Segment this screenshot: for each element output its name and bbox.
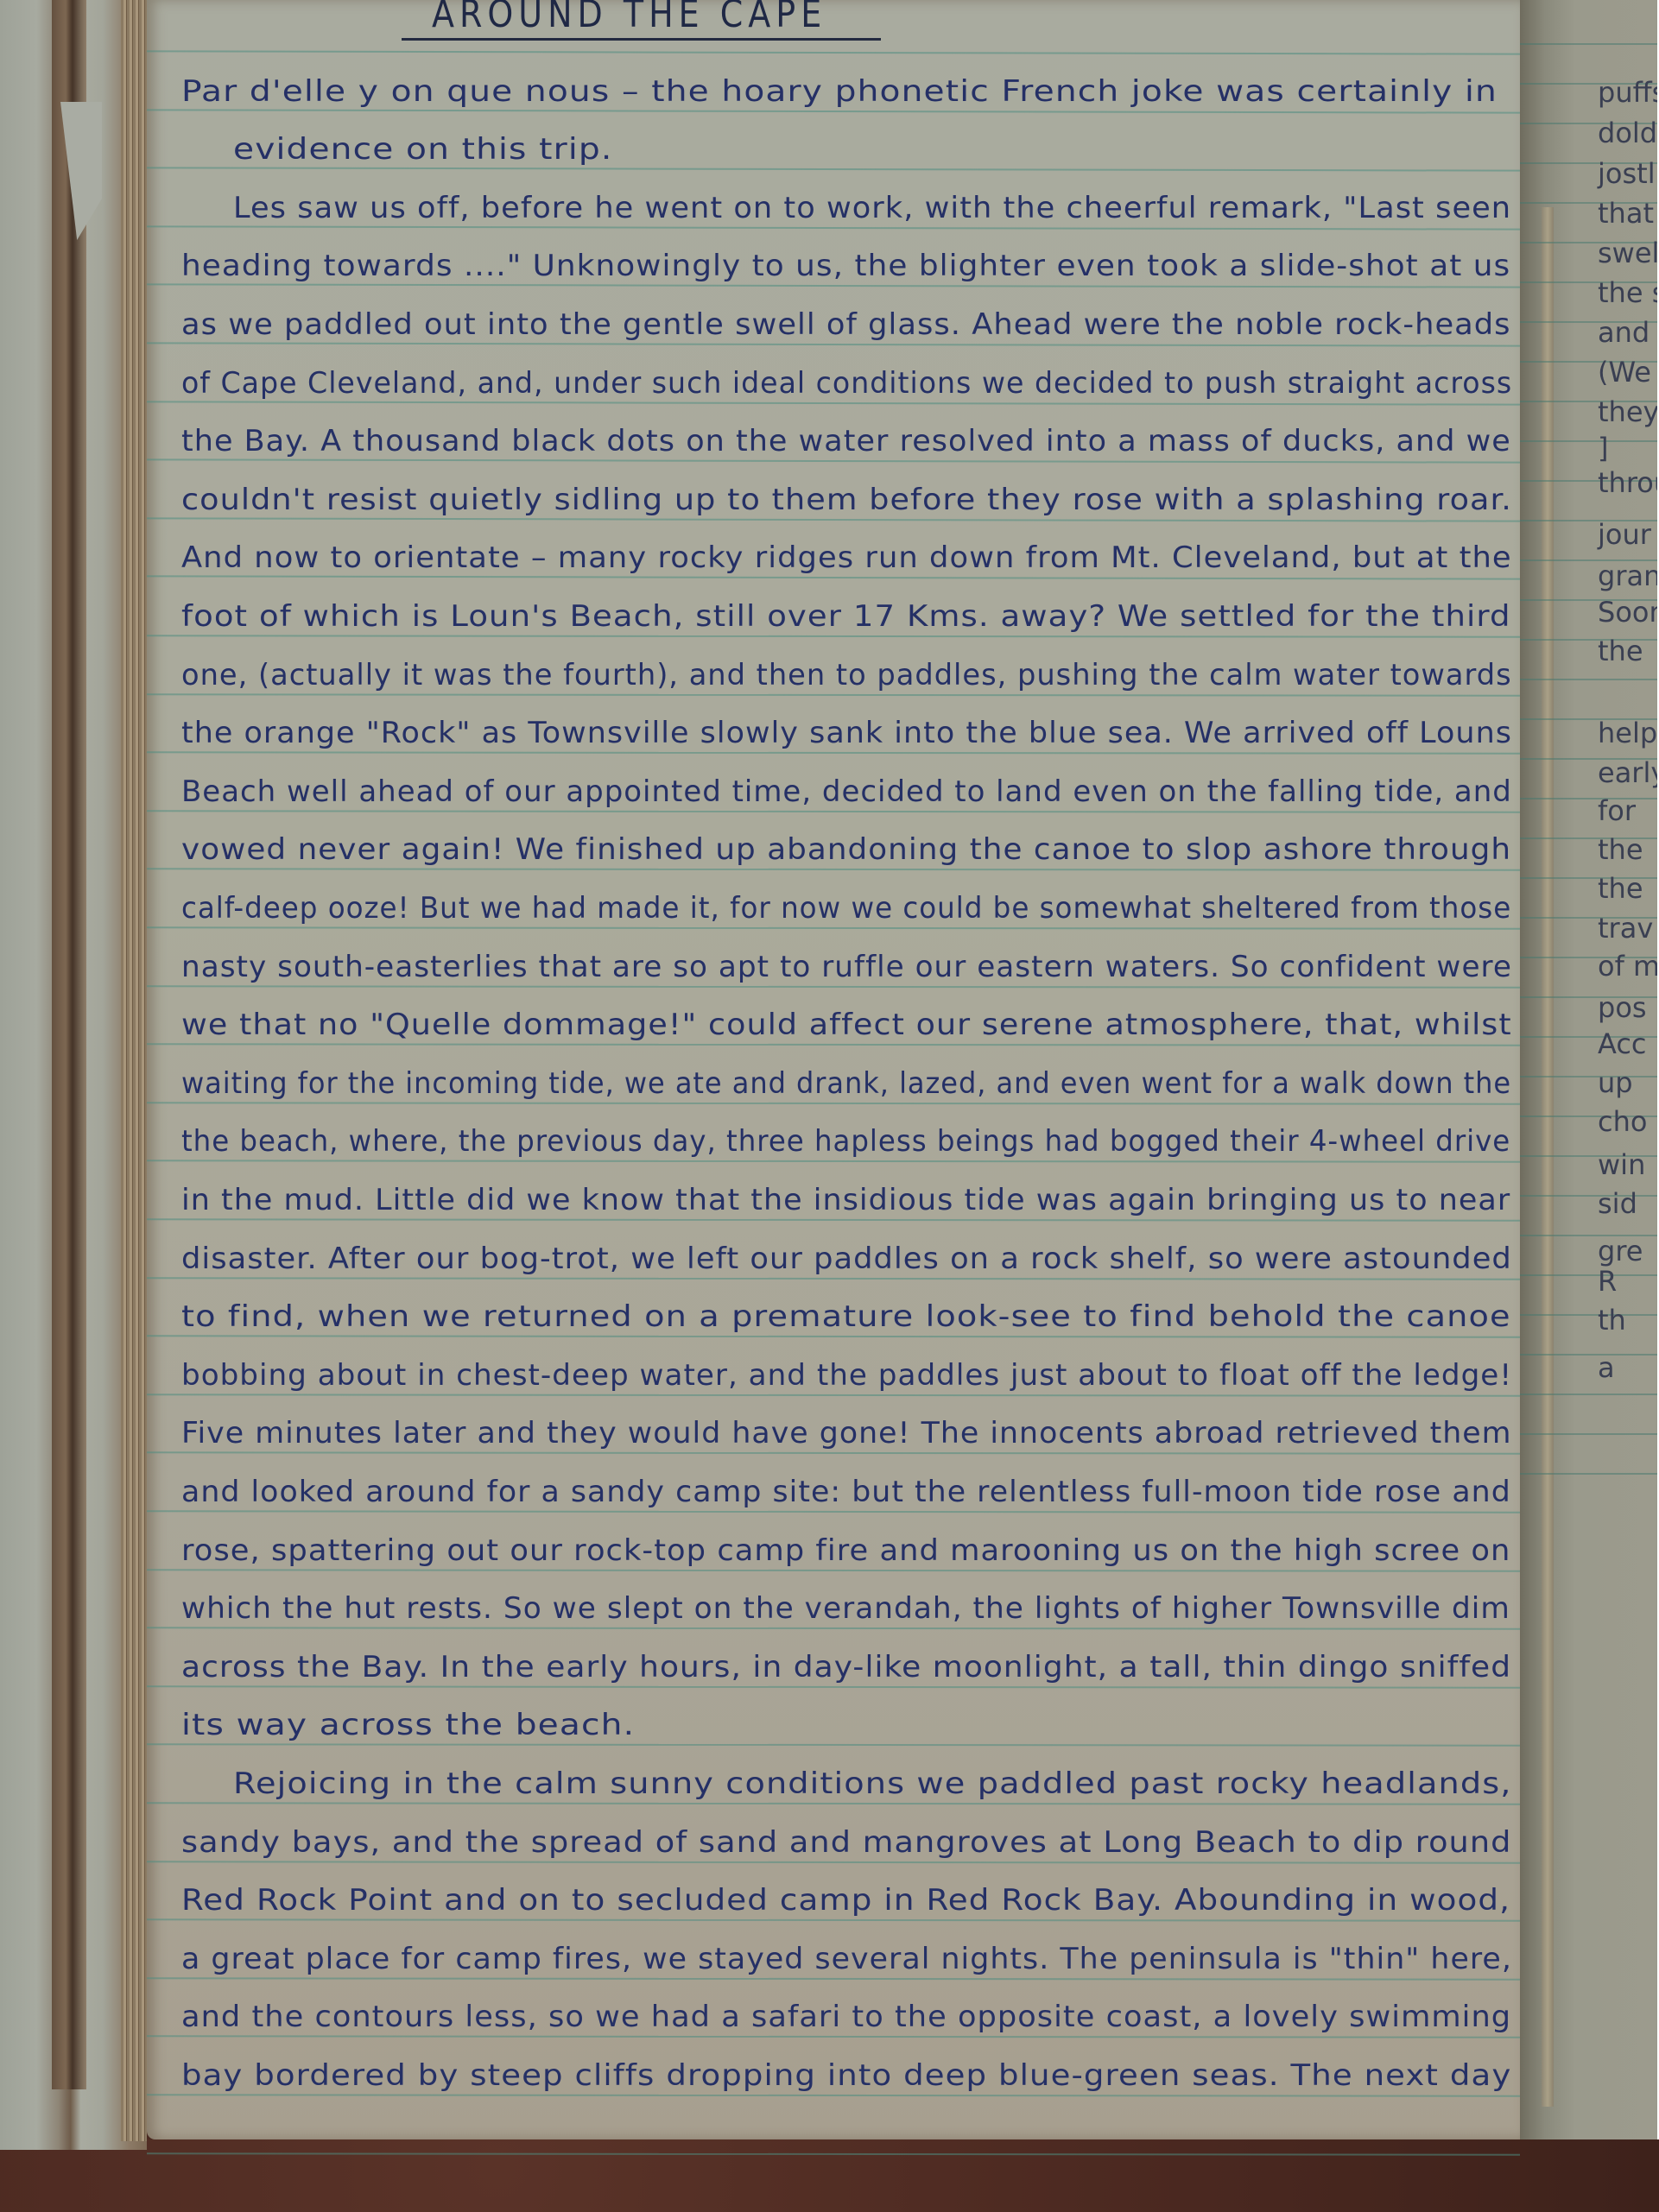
facing-page-fragment: and "s xyxy=(1598,316,1659,349)
ruled-line xyxy=(147,1160,1520,1162)
facing-page-fragment: R xyxy=(1598,1265,1617,1298)
notebook-page: AROUND THE CAPE Par d'elle y on que nous… xyxy=(147,0,1520,2139)
ruled-line xyxy=(147,985,1520,988)
ruled-line xyxy=(1520,679,1659,680)
ruled-line xyxy=(147,1861,1520,1863)
ruled-line xyxy=(1520,1195,1659,1197)
handwritten-line: one, (actually it was the fourth), and t… xyxy=(181,658,1512,692)
handwritten-line: Five minutes later and they would have g… xyxy=(181,1416,1512,1450)
facing-page-strip: puffsdoldrujostlthatswellthe shand "s(We… xyxy=(1520,0,1659,2139)
ruled-line xyxy=(147,693,1520,696)
handwritten-line: across the Bay. In the early hours, in d… xyxy=(181,1650,1511,1684)
facing-page-fragment: the sh xyxy=(1598,276,1659,309)
handwritten-line: and the contours less, so we had a safar… xyxy=(181,2000,1511,2034)
ruled-line xyxy=(147,1802,1520,1804)
facing-page-fragment: doldru xyxy=(1598,117,1659,149)
facing-page-fragment: jour xyxy=(1598,518,1651,551)
ruled-line xyxy=(147,1977,1520,1980)
ruled-line xyxy=(147,517,1520,521)
ruled-line xyxy=(1520,798,1659,799)
handwritten-line: of Cape Cleveland, and, under such ideal… xyxy=(181,366,1512,401)
ruled-line xyxy=(1520,1314,1659,1316)
handwritten-line: Rejoicing in the calm sunny conditions w… xyxy=(233,1766,1512,1801)
ruled-line xyxy=(147,225,1520,230)
facing-page-fragment: jostl xyxy=(1598,157,1656,190)
table-surface xyxy=(0,2139,1659,2212)
ruled-line xyxy=(147,868,1520,870)
ruled-line xyxy=(147,1627,1520,1629)
ruled-line xyxy=(147,1043,1520,1046)
handwritten-line: the orange "Rock" as Townsville slowly s… xyxy=(181,716,1512,750)
ruled-line xyxy=(147,1277,1520,1280)
notebook-page-edges xyxy=(121,0,147,2141)
handwritten-line: we that no "Quelle dommage!" could affec… xyxy=(181,1008,1512,1042)
facing-page-fragment: throu xyxy=(1598,466,1659,499)
ruled-line xyxy=(1520,43,1659,45)
facing-page-fragment: ] xyxy=(1598,432,1608,465)
handwritten-line: evidence on this trip. xyxy=(233,132,612,167)
facing-page-fragment: gre xyxy=(1598,1235,1643,1267)
ruled-line xyxy=(1520,440,1659,442)
handwritten-line: Beach well ahead of our appointed time, … xyxy=(181,774,1512,809)
ruled-line xyxy=(147,1102,1520,1104)
ruled-line xyxy=(147,751,1520,754)
facing-page-fragment: (We xyxy=(1598,356,1651,389)
torn-edge xyxy=(52,0,86,2089)
handwritten-line: And now to orientate – many rocky ridges… xyxy=(181,540,1512,575)
facing-page-fragment: the xyxy=(1598,833,1643,866)
facing-page-fragment: cho xyxy=(1598,1105,1647,1138)
ruled-line xyxy=(147,2094,1520,2096)
ruled-line xyxy=(147,109,1520,113)
ruled-line xyxy=(147,1569,1520,1571)
ruled-line xyxy=(147,1218,1520,1221)
handwritten-line: Red Rock Point and on to secluded camp i… xyxy=(181,1883,1510,1918)
handwritten-line: Par d'elle y on que nous – the hoary pho… xyxy=(181,74,1498,109)
ruled-line xyxy=(147,926,1520,929)
handwritten-line: Les saw us off, before he went on to wor… xyxy=(233,191,1511,225)
handwritten-line: foot of which is Loun's Beach, still ove… xyxy=(181,599,1511,634)
ruled-line xyxy=(147,50,1520,54)
ruled-line xyxy=(1520,1433,1659,1435)
handwritten-line: to find, when we returned on a premature… xyxy=(181,1299,1511,1334)
facing-page-fragment: the xyxy=(1598,872,1643,905)
facing-page-fragment: of m xyxy=(1598,950,1659,983)
handwritten-line: the beach, where, the previous day, thre… xyxy=(181,1124,1510,1159)
ruled-line xyxy=(1520,1354,1659,1356)
ruled-line xyxy=(147,1918,1520,1921)
ruled-line xyxy=(147,458,1520,463)
handwritten-line: calf-deep ooze! But we had made it, for … xyxy=(181,891,1511,926)
ruled-line xyxy=(147,575,1520,579)
handwritten-line: nasty south-easterlies that are so apt t… xyxy=(181,950,1512,984)
ruled-line xyxy=(1520,1274,1659,1276)
ruled-line xyxy=(1520,1394,1659,1395)
facing-page-fragment: early xyxy=(1598,756,1659,789)
facing-page-fragment: trav xyxy=(1598,912,1653,945)
facing-page-fragment: help xyxy=(1598,717,1657,749)
facing-page-fragment: Soon xyxy=(1598,596,1659,629)
page-fold xyxy=(1542,207,1554,2107)
handwritten-line: bay bordered by steep cliffs dropping in… xyxy=(181,2058,1511,2093)
ruled-line xyxy=(147,401,1520,405)
ruled-line xyxy=(147,1685,1520,1688)
facing-page-fragment: that xyxy=(1598,197,1654,230)
handwritten-line: waiting for the incoming tide, we ate an… xyxy=(181,1066,1511,1101)
handwritten-line: bobbing about in chest-deep water, and t… xyxy=(181,1358,1512,1393)
title-underline xyxy=(402,38,881,41)
handwritten-line: disaster. After our bog-trot, we left ou… xyxy=(181,1242,1512,1276)
ruled-line xyxy=(1520,1473,1659,1475)
ruled-line xyxy=(1520,1076,1659,1078)
handwritten-line: heading towards ...." Unknowingly to us,… xyxy=(181,249,1510,283)
handwritten-line: sandy bays, and the spread of sand and m… xyxy=(181,1825,1511,1860)
facing-page-fragment: gran xyxy=(1598,559,1659,592)
ruled-line xyxy=(147,1743,1520,1746)
ruled-line xyxy=(147,635,1520,637)
facing-page-fragment: Acc xyxy=(1598,1027,1647,1060)
facing-page-fragment: up xyxy=(1598,1066,1633,1099)
ruled-line xyxy=(147,2035,1520,2038)
ruled-line xyxy=(147,167,1520,171)
facing-page-fragment: swell xyxy=(1598,237,1659,269)
handwritten-line: vowed never again! We finished up abando… xyxy=(181,832,1511,867)
handwritten-line: and looked around for a sandy camp site:… xyxy=(181,1475,1511,1509)
ruled-line xyxy=(147,283,1520,288)
facing-page-fragment: th xyxy=(1598,1304,1626,1337)
facing-page-fragment: sid xyxy=(1598,1187,1637,1220)
facing-page-fragment: win xyxy=(1598,1148,1645,1181)
handwritten-line: its way across the beach. xyxy=(181,1708,635,1742)
handwritten-line: couldn't resist quietly sidling up to th… xyxy=(181,483,1512,517)
ruled-line xyxy=(147,1335,1520,1337)
ruled-line xyxy=(147,1451,1520,1454)
handwritten-line: which the hut rests. So we slept on the … xyxy=(181,1591,1510,1626)
facing-page-fragment: puffs xyxy=(1598,76,1659,109)
handwritten-line: rose, spattering out our rock-top camp f… xyxy=(181,1533,1510,1568)
handwritten-line: the Bay. A thousand black dots on the wa… xyxy=(181,424,1511,458)
facing-page-fragment: the xyxy=(1598,635,1643,667)
handwritten-line: as we paddled out into the gentle swell … xyxy=(181,307,1511,342)
ruled-line xyxy=(147,1394,1520,1396)
ruled-line xyxy=(147,1510,1520,1513)
handwritten-line: a great place for camp fires, we stayed … xyxy=(181,1942,1512,1976)
ruled-line xyxy=(147,342,1520,346)
facing-page-fragment: pos xyxy=(1598,991,1647,1024)
page-title: AROUND THE CAPE xyxy=(432,0,826,35)
facing-page-fragment: for xyxy=(1598,794,1636,827)
facing-page-fragment: they xyxy=(1598,395,1659,428)
handwritten-line: in the mud. Little did we know that the … xyxy=(181,1183,1510,1217)
facing-page-fragment: a xyxy=(1598,1351,1615,1384)
ruled-line xyxy=(147,810,1520,812)
